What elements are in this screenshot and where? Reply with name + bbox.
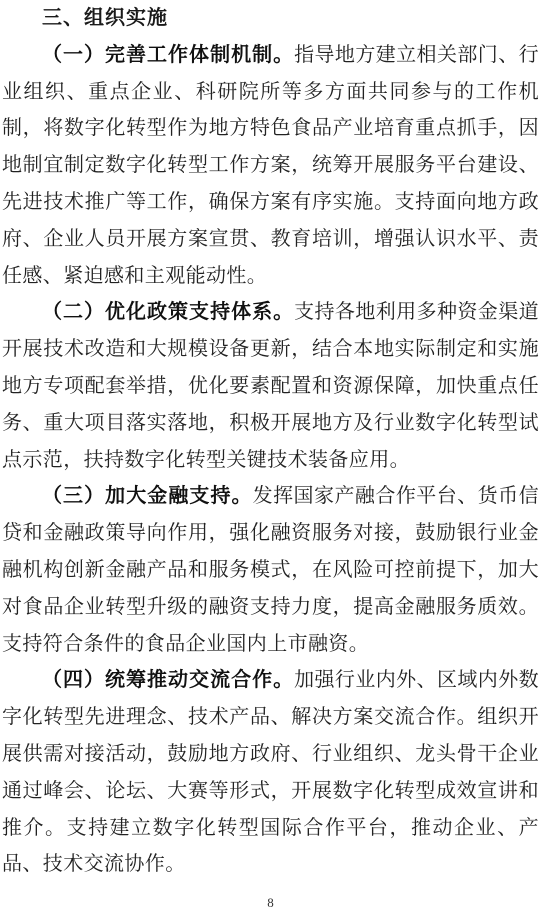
paragraph-1: （一）完善工作体制机制。指导地方建立相关部门、行业组织、重点企业、科研院所等多方… <box>2 37 539 295</box>
paragraph-3: （三）加大金融支持。发挥国家产融合作平台、货币信贷和金融政策导向作用，强化融资服… <box>2 478 539 662</box>
paragraph-2-lead: （二）优化政策支持体系。 <box>42 301 294 323</box>
paragraph-2-body: 支持各地利用多种资金渠道开展技术改造和大规模设备更新，结合本地实际制定和实施地方… <box>2 301 539 470</box>
page-number: 8 <box>0 895 541 911</box>
paragraph-2: （二）优化政策支持体系。支持各地利用多种资金渠道开展技术改造和大规模设备更新，结… <box>2 294 539 478</box>
paragraph-1-body: 指导地方建立相关部门、行业组织、重点企业、科研院所等多方面共同参与的工作机制，将… <box>2 44 539 287</box>
paragraph-1-lead: （一）完善工作体制机制。 <box>42 44 294 66</box>
paragraph-3-body: 发挥国家产融合作平台、货币信贷和金融政策导向作用，强化融资服务对接，鼓励银行业金… <box>2 485 539 654</box>
paragraph-4: （四）统筹推动交流合作。加强行业内外、区域内外数字化转型先进理念、技术产品、解决… <box>2 662 539 883</box>
paragraph-3-lead: （三）加大金融支持。 <box>42 485 253 507</box>
paragraph-4-body: 加强行业内外、区域内外数字化转型先进理念、技术产品、解决方案交流合作。组织开展供… <box>2 669 539 875</box>
paragraph-4-lead: （四）统筹推动交流合作。 <box>42 669 294 691</box>
section-heading: 三、组织实施 <box>2 0 539 37</box>
document-page: 三、组织实施 （一）完善工作体制机制。指导地方建立相关部门、行业组织、重点企业、… <box>0 0 541 915</box>
